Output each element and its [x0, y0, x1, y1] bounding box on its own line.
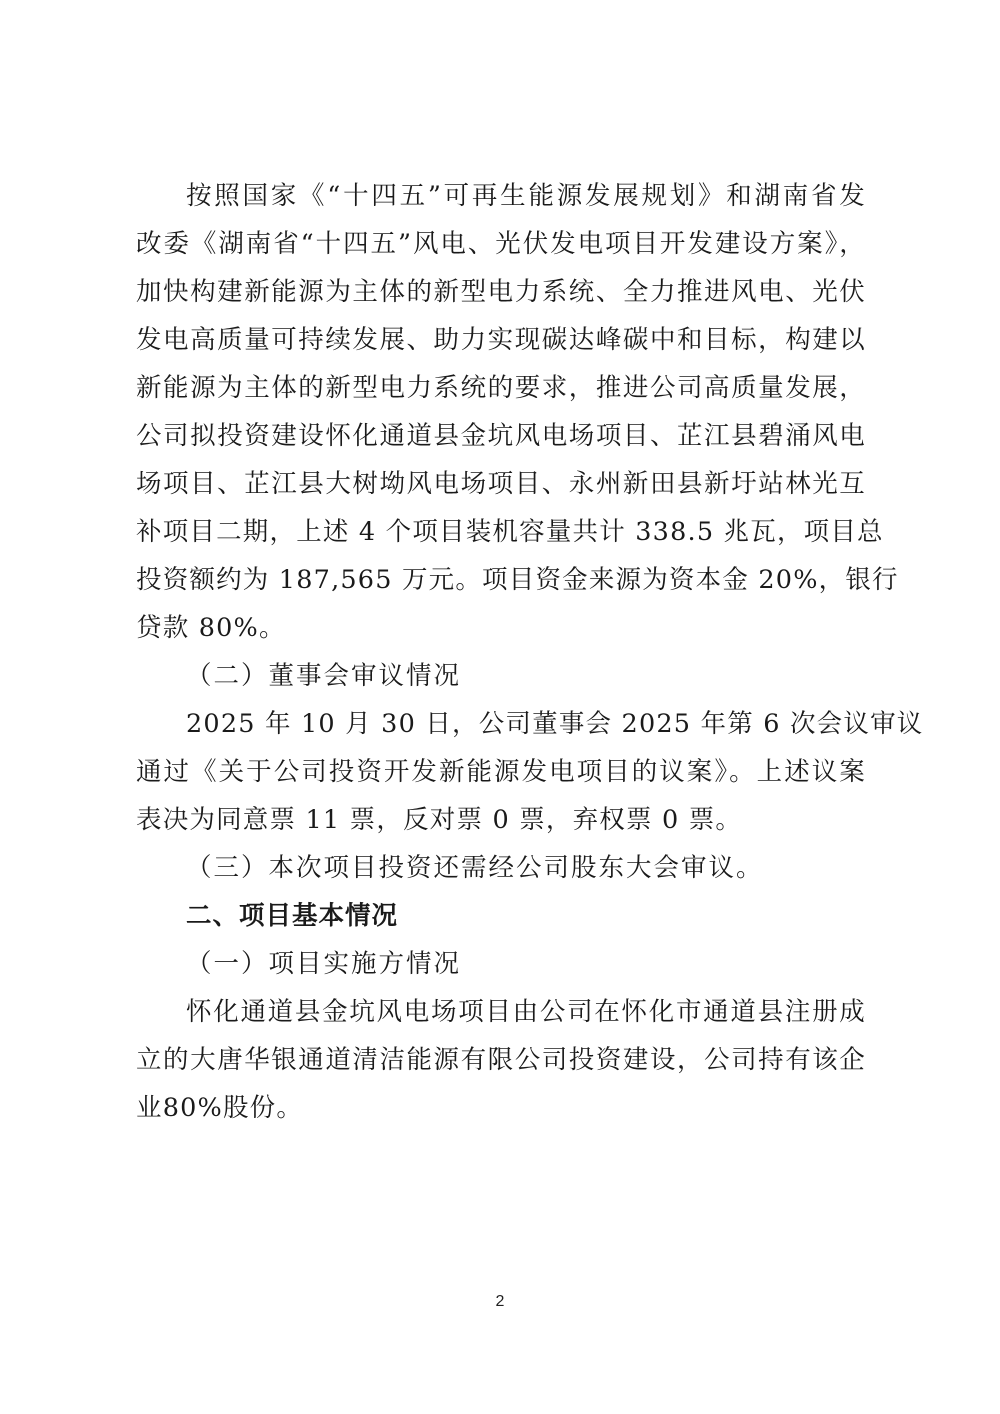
paragraph-line: 立的大唐华银通道清洁能源有限公司投资建设，公司持有该企 — [136, 1044, 866, 1076]
paragraph-line: 2025 年 10 月 30 日，公司董事会 2025 年第 6 次会议审议 — [186, 708, 866, 740]
paragraph-line: 按照国家《“十四五”可再生能源发展规划》和湖南省发 — [186, 180, 866, 212]
paragraph-line: 新能源为主体的新型电力系统的要求，推进公司高质量发展， — [136, 372, 866, 404]
paragraph-line: 发电高质量可持续发展、助力实现碳达峰碳中和目标，构建以 — [136, 324, 866, 356]
paragraph-line: 业80%股份。 — [136, 1092, 866, 1124]
paragraph-line: 通过《关于公司投资开发新能源发电项目的议案》。上述议案 — [136, 756, 866, 788]
paragraph-line: 表决为同意票 11 票，反对票 0 票，弃权票 0 票。 — [136, 804, 866, 836]
section-heading-board-review: （二）董事会审议情况 — [186, 660, 866, 692]
page-number: 2 — [0, 1293, 1000, 1311]
paragraph-line: 怀化通道县金坑风电场项目由公司在怀化市通道县注册成 — [186, 996, 866, 1028]
chapter-heading: 二、项目基本情况 — [186, 900, 866, 932]
paragraph-line: 公司拟投资建设怀化通道县金坑风电场项目、芷江县碧涌风电 — [136, 420, 866, 452]
section-heading-implementer: （一）项目实施方情况 — [186, 948, 866, 980]
document-page: 按照国家《“十四五”可再生能源发展规划》和湖南省发 改委《湖南省“十四五”风电、… — [0, 0, 1000, 1414]
paragraph-line: 场项目、芷江县大树坳风电场项目、永州新田县新圩站林光互 — [136, 468, 866, 500]
paragraph-line: 贷款 80%。 — [136, 612, 866, 644]
paragraph-line: 改委《湖南省“十四五”风电、光伏发电项目开发建设方案》， — [136, 228, 866, 260]
paragraph-line: 加快构建新能源为主体的新型电力系统、全力推进风电、光伏 — [136, 276, 866, 308]
paragraph-line: 投资额约为 187,565 万元。项目资金来源为资本金 20%，银行 — [136, 564, 866, 596]
paragraph-line: 补项目二期，上述 4 个项目装机容量共计 338.5 兆瓦，项目总 — [136, 516, 866, 548]
section-shareholder-approval: （三）本次项目投资还需经公司股东大会审议。 — [186, 852, 866, 884]
